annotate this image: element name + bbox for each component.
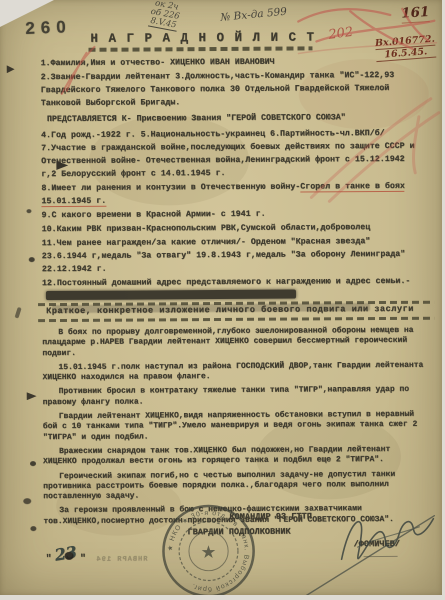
margin-mark xyxy=(29,257,35,262)
title-underline xyxy=(88,46,312,51)
citation-paragraph: Вражеским снарядом танк тов.ХИЦЕНКО был … xyxy=(43,445,426,468)
margin-mark xyxy=(26,209,31,213)
scanner-background: 260 ок 2ч об 226 8.V.45 № Вх-да 599 202 … xyxy=(0,0,445,600)
field-war-participation: 7.Участие в гражданской войне,последующи… xyxy=(41,141,419,182)
page-number-stamp: 260 xyxy=(25,17,72,39)
ink-note-received: ок 2ч об 226 8.V.45 xyxy=(148,0,182,32)
field-army-since: 9.С какого времени в Красной Армии- с 19… xyxy=(41,208,419,223)
redaction-bar xyxy=(46,289,296,300)
quote-mark: " xyxy=(80,554,86,565)
section-divider-bottom xyxy=(38,317,434,322)
field-name: 1.Фамилия,Имя и отчество- ХИЦЕНКО ИВАН И… xyxy=(41,56,419,71)
field-wounds: 8.Имеет ли ранения и контузии в Отечеств… xyxy=(41,181,419,209)
citation-text: В боях по прорыву долговременной,глубоко… xyxy=(42,326,426,531)
margin-mark xyxy=(30,526,36,531)
field-wounds-label: 8.Имеет ли ранения и контузии в Отечеств… xyxy=(41,183,300,194)
field-birth-nationality-party: 4.Год рожд.-1922 г. 5.Национальность-укр… xyxy=(41,127,419,142)
document-page: 260 ок 2ч об 226 8.V.45 № Вх-да 599 202 … xyxy=(0,0,442,595)
quote-mark: " xyxy=(46,554,52,565)
margin-mark xyxy=(27,392,37,400)
page-content: 260 ок 2ч об 226 8.V.45 № Вх-да 599 202 … xyxy=(0,0,442,595)
margin-mark xyxy=(65,552,74,560)
citation-paragraph: 15.01.1945 г.полк наступал из района ГОС… xyxy=(42,361,425,384)
citation-paragraph: Гвардии лейтенант ХИЦЕНКО,видя напряженн… xyxy=(43,410,426,443)
citation-paragraph: В боях по прорыву долговременной,глубоко… xyxy=(42,326,425,359)
margin-mark xyxy=(7,65,15,73)
margin-mark xyxy=(30,461,36,466)
commander-surname: /ФОМИЧЕВ/ xyxy=(353,539,399,549)
mirrored-ink-offset-month: ЯНВАРЯ 194 xyxy=(96,555,148,563)
margin-mark xyxy=(23,498,31,504)
margin-mark xyxy=(15,307,22,319)
citation-paragraph: Героический экипаж погиб,но с честью вып… xyxy=(43,469,426,502)
field-submission: ПРЕДСТАВЛЯЕТСЯ К- Присвоению Звания "ГЕР… xyxy=(47,111,419,126)
field-rank-position: 2.Звание-Гвардии лейтенант 3.Должность,ч… xyxy=(41,70,419,111)
incoming-registry-note: Вх.016772. 16.5.45. xyxy=(375,34,437,62)
form-fields: 1.Фамилия,Имя и отчество- ХИЦЕНКО ИВАН И… xyxy=(41,56,421,314)
stamp-star-icon: ★ xyxy=(201,542,217,562)
ink-note-incoming: № Вх-да 599 xyxy=(220,6,288,24)
document-title: Н А Г Р А Д Н О Й Л И С Т xyxy=(90,30,315,45)
date-line: "23"ЯНВАРЯ 194 xyxy=(46,545,148,565)
signature-underline xyxy=(364,556,398,557)
field-home-address-label: 12.Постоянный домашний адрес представляе… xyxy=(42,276,411,287)
field-drafted-by: 10.Каким РВК призван-Краснопольским РВК,… xyxy=(42,222,420,237)
section-heading: Краткое, конкретное изложение личного бо… xyxy=(46,304,414,316)
field-home-address: 12.Постоянный домашний адрес представляе… xyxy=(42,275,420,303)
archive-corner-number: 161 xyxy=(401,4,430,24)
field-previous-awards: 11.Чем ранее награжден/за какие отличия/… xyxy=(42,236,420,277)
red-pencil-number: 202 xyxy=(328,25,355,43)
unit-round-stamp: ★ НКО ★ 30-я отд. гв. танк. Выборгской б… xyxy=(159,502,258,595)
citation-paragraph: Противник бросил в контратаку тяжелые та… xyxy=(43,385,426,408)
